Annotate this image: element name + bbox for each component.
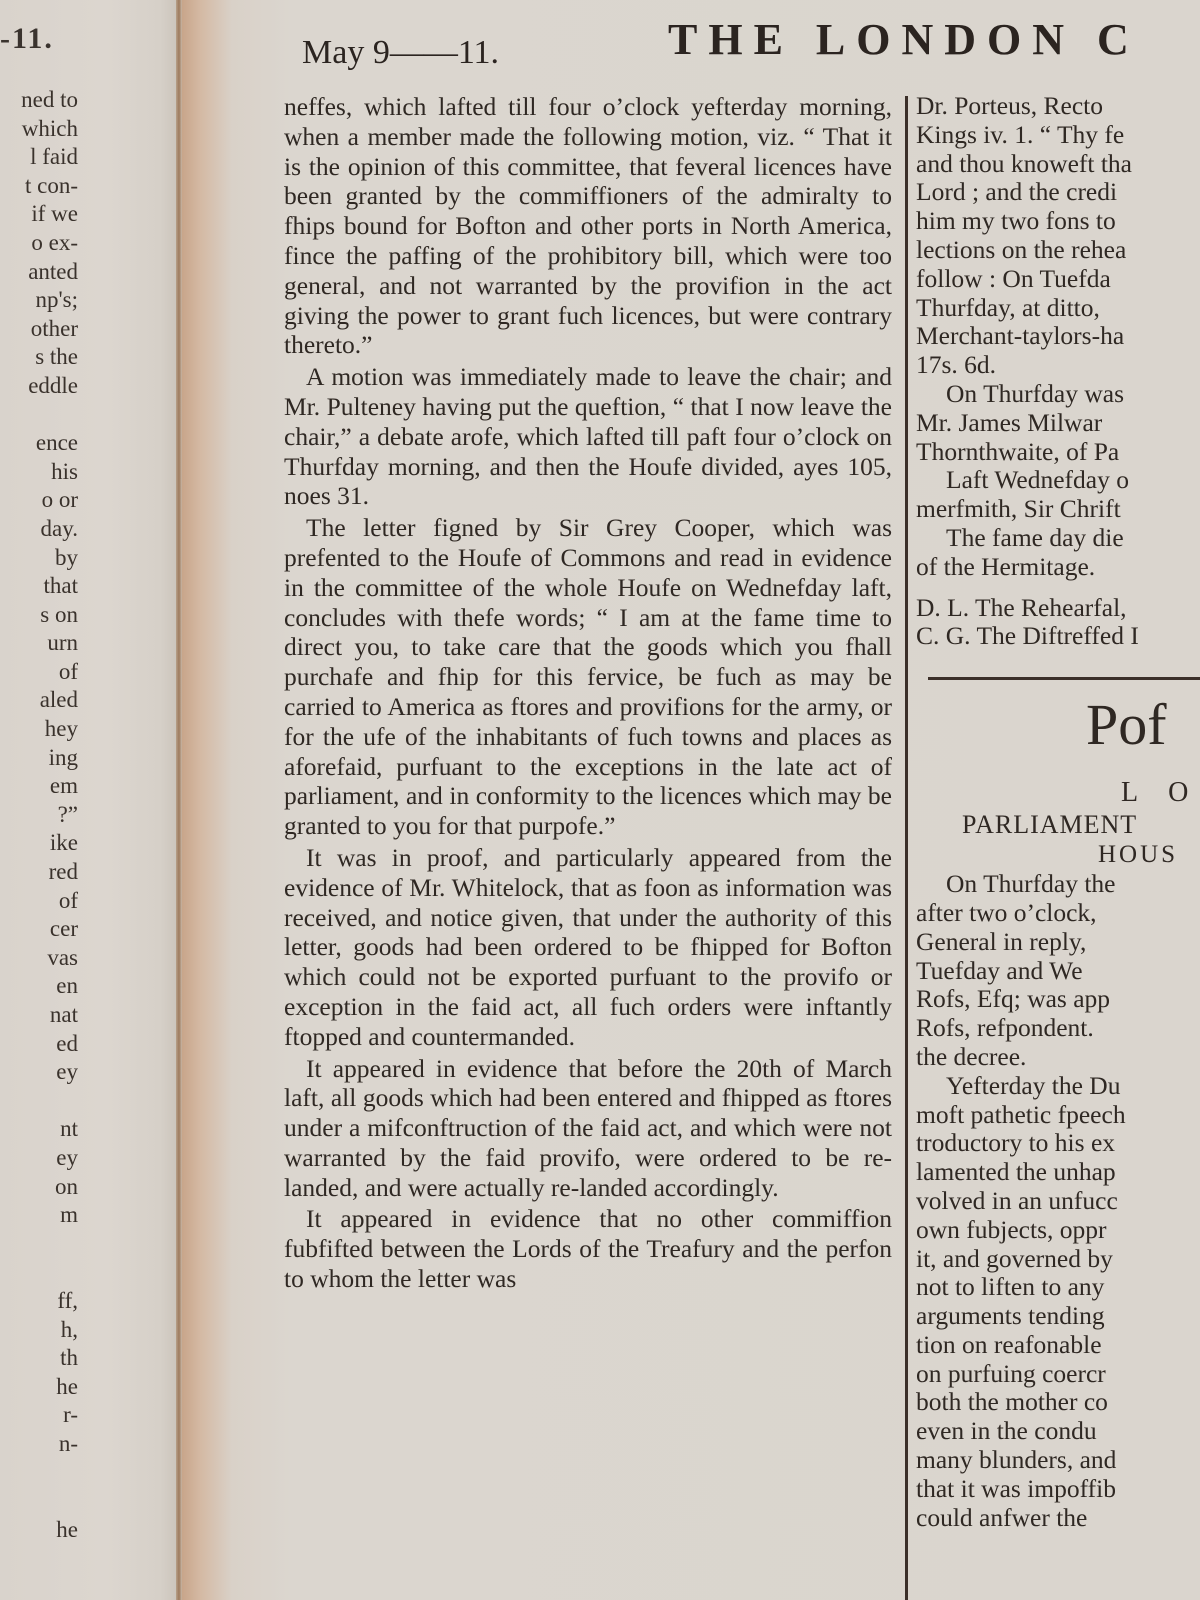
text-fragment: vas bbox=[0, 944, 78, 973]
newspaper-page: May 9——11. THE LONDON C neffes, which la… bbox=[182, 0, 1200, 1600]
main-article-column: neffes, which lafted till four o’clock y… bbox=[284, 92, 892, 1294]
text-fragment: nat bbox=[0, 1001, 78, 1030]
text-line: of the Hermitage. bbox=[916, 553, 1200, 582]
text-line: Merchant-taylors-ha bbox=[916, 322, 1200, 351]
text-fragment: cer bbox=[0, 915, 78, 944]
text-line: 17s. 6d. bbox=[916, 351, 1200, 380]
text-line: not to liften to any bbox=[916, 1273, 1200, 1302]
text-fragment: on bbox=[0, 1173, 78, 1202]
text-fragment bbox=[0, 401, 78, 430]
text-line: Tuefday and We bbox=[916, 957, 1200, 986]
text-fragment: eddle bbox=[0, 372, 78, 401]
text-line: him my two fons to bbox=[916, 207, 1200, 236]
text-line: Laft Wednefday o bbox=[916, 466, 1200, 495]
text-fragment bbox=[0, 1459, 78, 1488]
text-line: own fubjects, oppr bbox=[916, 1216, 1200, 1245]
section-dateline: L O bbox=[916, 776, 1200, 810]
text-fragment: h, bbox=[0, 1316, 78, 1345]
text-fragment: hey bbox=[0, 715, 78, 744]
text-fragment: ff, bbox=[0, 1287, 78, 1316]
text-fragment: n- bbox=[0, 1430, 78, 1459]
text-fragment: ey bbox=[0, 1058, 78, 1087]
text-line: even in the condu bbox=[916, 1417, 1200, 1446]
article-paragraph: It appeared in evidence that before the … bbox=[284, 1054, 892, 1203]
text-fragment: l faid bbox=[0, 143, 78, 172]
text-fragment: ike bbox=[0, 829, 78, 858]
text-fragment: o or bbox=[0, 486, 78, 515]
text-fragment: o ex- bbox=[0, 229, 78, 258]
text-fragment: red bbox=[0, 858, 78, 887]
playbill-block: D. L. The Rehearfal,C. G. The Diftreffed… bbox=[916, 594, 1200, 652]
text-line: both the mother co bbox=[916, 1388, 1200, 1417]
text-fragment: he bbox=[0, 1373, 78, 1402]
text-fragment: ned to bbox=[0, 86, 78, 115]
text-line: Mr. James Milwar bbox=[916, 409, 1200, 438]
right-column: Dr. Porteus, RectoKings iv. 1. “ Thy fea… bbox=[916, 92, 1200, 1532]
text-fragment: m bbox=[0, 1201, 78, 1230]
left-running-head: -11. bbox=[0, 22, 54, 56]
text-line: Yefterday the Du bbox=[916, 1072, 1200, 1101]
article-paragraph: A motion was immediately made to leave t… bbox=[284, 362, 892, 511]
text-fragment bbox=[0, 1258, 78, 1287]
text-fragment: ence bbox=[0, 429, 78, 458]
text-fragment: em bbox=[0, 772, 78, 801]
left-page-text: ned towhichl faidt con-if weo ex-antednp… bbox=[0, 86, 78, 1544]
article-paragraph: It was in proof, and particularly appear… bbox=[284, 843, 892, 1052]
text-line: many blunders, and bbox=[916, 1446, 1200, 1475]
text-fragment: en bbox=[0, 972, 78, 1001]
newspaper-masthead-title: THE LONDON C bbox=[668, 14, 1140, 65]
playbill-entry: D. L. The Rehearfal, bbox=[916, 594, 1200, 623]
section-divider bbox=[928, 677, 1200, 680]
text-fragment: of bbox=[0, 658, 78, 687]
text-line: Rofs, Efq; was app bbox=[916, 985, 1200, 1014]
text-line: arguments tending bbox=[916, 1302, 1200, 1331]
text-line: Thurfday, at ditto, bbox=[916, 294, 1200, 323]
text-fragment bbox=[0, 1087, 78, 1116]
text-fragment: anted bbox=[0, 258, 78, 287]
text-fragment: his bbox=[0, 458, 78, 487]
text-line: General in reply, bbox=[916, 928, 1200, 957]
text-fragment: s on bbox=[0, 601, 78, 630]
text-fragment: if we bbox=[0, 200, 78, 229]
text-fragment: s the bbox=[0, 343, 78, 372]
text-fragment: th bbox=[0, 1344, 78, 1373]
section-title: Pof bbox=[916, 694, 1200, 756]
text-line: merfmith, Sir Chrift bbox=[916, 495, 1200, 524]
running-head-date: May 9——11. bbox=[302, 34, 499, 72]
section-house-heading: HOUS bbox=[916, 840, 1200, 870]
text-line: On Thurfday was bbox=[916, 380, 1200, 409]
text-line: lamented the unhap bbox=[916, 1158, 1200, 1187]
article-paragraph: neffes, which lafted till four o’clock y… bbox=[284, 92, 892, 360]
text-fragment: that bbox=[0, 572, 78, 601]
article-paragraph: The letter figned by Sir Grey Cooper, wh… bbox=[284, 513, 892, 841]
left-page-strip: -11. ned towhichl faidt con-if weo ex-an… bbox=[0, 0, 178, 1600]
text-fragment: ing bbox=[0, 744, 78, 773]
text-fragment: aled bbox=[0, 686, 78, 715]
playbill-entry: C. G. The Diftreffed I bbox=[916, 622, 1200, 651]
text-fragment: day. bbox=[0, 515, 78, 544]
text-fragment: ey bbox=[0, 1144, 78, 1173]
text-line: On Thurfday the bbox=[916, 870, 1200, 899]
text-line: Rofs, refpondent. bbox=[916, 1014, 1200, 1043]
parliament-report-block: On Thurfday theafter two o’clock,General… bbox=[916, 870, 1200, 1532]
text-fragment: np's; bbox=[0, 286, 78, 315]
text-fragment: urn bbox=[0, 629, 78, 658]
section-subhead: PARLIAMENT bbox=[916, 810, 1200, 840]
text-line: volved in an unfucc bbox=[916, 1187, 1200, 1216]
text-line: Lord ; and the credi bbox=[916, 178, 1200, 207]
text-fragment: ?” bbox=[0, 801, 78, 830]
text-fragment: t con- bbox=[0, 172, 78, 201]
text-line: that it was impoffib bbox=[916, 1475, 1200, 1504]
text-fragment: ed bbox=[0, 1030, 78, 1059]
text-fragment bbox=[0, 1487, 78, 1516]
text-line: could anfwer the bbox=[916, 1504, 1200, 1533]
text-line: Kings iv. 1. “ Thy fe bbox=[916, 121, 1200, 150]
text-line: and thou knoweft tha bbox=[916, 150, 1200, 179]
text-line: moft pathetic fpeech bbox=[916, 1101, 1200, 1130]
announcements-block: Dr. Porteus, RectoKings iv. 1. “ Thy fea… bbox=[916, 92, 1200, 582]
text-fragment: by bbox=[0, 544, 78, 573]
text-fragment: nt bbox=[0, 1115, 78, 1144]
text-fragment: which bbox=[0, 115, 78, 144]
text-line: after two o’clock, bbox=[916, 899, 1200, 928]
text-line: it, and governed by bbox=[916, 1245, 1200, 1274]
text-line: tion on reafonable bbox=[916, 1331, 1200, 1360]
text-line: the decree. bbox=[916, 1043, 1200, 1072]
text-fragment: he bbox=[0, 1516, 78, 1545]
column-divider bbox=[905, 96, 908, 1600]
text-line: on purfuing coercr bbox=[916, 1360, 1200, 1389]
text-line: Dr. Porteus, Recto bbox=[916, 92, 1200, 121]
text-fragment: of bbox=[0, 887, 78, 916]
article-paragraph: It appeared in evidence that no other co… bbox=[284, 1204, 892, 1293]
text-fragment bbox=[0, 1230, 78, 1259]
text-line: follow : On Tuefda bbox=[916, 265, 1200, 294]
text-fragment: other bbox=[0, 315, 78, 344]
text-line: The fame day die bbox=[916, 524, 1200, 553]
text-line: troductory to his ex bbox=[916, 1129, 1200, 1158]
text-line: lections on the rehea bbox=[916, 236, 1200, 265]
text-line: Thornthwaite, of Pa bbox=[916, 438, 1200, 467]
text-fragment: r- bbox=[0, 1401, 78, 1430]
